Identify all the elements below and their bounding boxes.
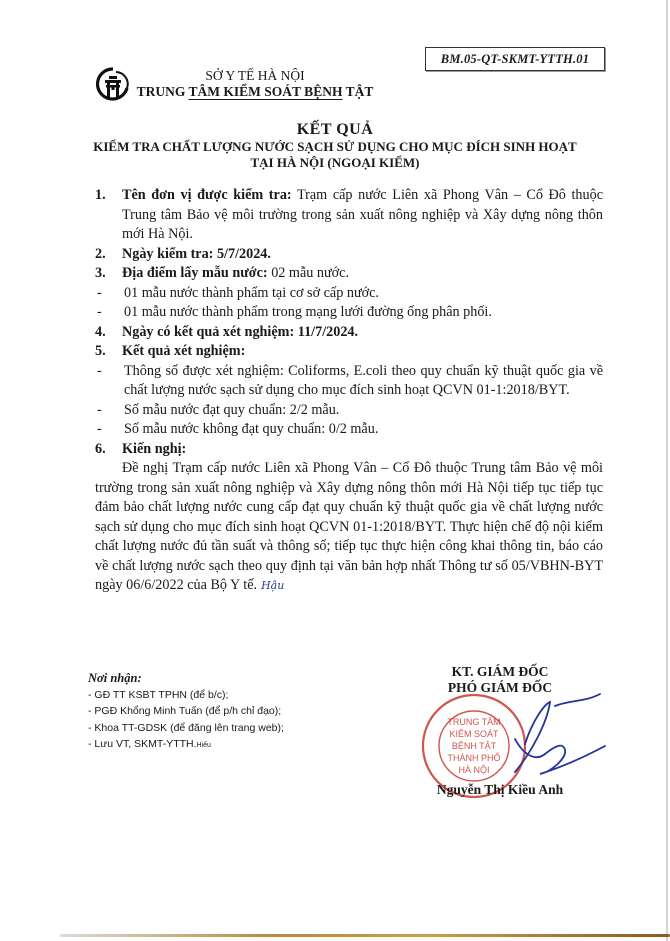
signature-block: KT. GIÁM ĐỐC PHÓ GIÁM ĐỐC Nguyễn Thị Kiề… [400,664,600,696]
document-title: KẾT QUẢ KIỂM TRA CHẤT LƯỢNG NƯỚC SẠCH SỬ… [60,120,610,171]
list-item: -Số mẫu nước đạt quy chuẩn: 2/2 mẫu. [95,401,603,421]
list-item: -01 mẫu nước thành phẩm tại cơ sở cấp nư… [95,284,603,304]
list-item: -Thông số được xét nghiệm: Coliforms, E.… [95,362,603,401]
signer-title-1: KT. GIÁM ĐỐC [400,664,600,680]
section-4: 4. Ngày có kết quả xét nghiệm: 11/7/2024… [95,323,603,343]
section-1: 1. Tên đơn vị được kiểm tra: Trạm cấp nư… [95,186,603,245]
recipient-item: - PGĐ Khổng Minh Tuấn (để p/h chỉ đạo); [88,703,388,720]
section-6: 6. Kiến nghị: [95,440,603,460]
section-2: 2. Ngày kiểm tra: 5/7/2024. [95,245,603,265]
title-line1: KIỂM TRA CHẤT LƯỢNG NƯỚC SẠCH SỬ DỤNG CH… [60,139,610,155]
signer-name: Nguyễn Thị Kiều Anh [400,782,600,798]
signer-title-2: PHÓ GIÁM ĐỐC [400,680,600,696]
recipient-item: - Khoa TT-GDSK (để đăng lên trang web); [88,720,388,737]
page-edge [666,0,668,941]
handwritten-signature [455,684,615,794]
cdc-hanoi-logo-icon [96,66,130,104]
recipients-heading: Nơi nhận: [88,670,388,687]
title-line2: TẠI HÀ NỘI (NGOẠI KIỂM) [60,155,610,171]
title-main: KẾT QUẢ [60,120,610,139]
form-code-box: BM.05-QT-SKMT-YTTH.01 [425,47,605,71]
parent-agency: SỞ Y TẾ HÀ NỘI [135,68,375,84]
recommendation-paragraph: Đề nghị Trạm cấp nước Liên xã Phong Vân … [95,459,603,596]
document-body: 1. Tên đơn vị được kiểm tra: Trạm cấp nư… [95,186,603,596]
scan-shadow [60,934,670,937]
recipient-item: - GĐ TT KSBT TPHN (để b/c); [88,687,388,704]
list-item: -01 mẫu nước thành phẩm trong mạng lưới … [95,303,603,323]
handwritten-initials: Hậu [261,579,284,592]
recipients-block: Nơi nhận: - GĐ TT KSBT TPHN (để b/c); - … [88,670,388,755]
section-3: 3. Địa điểm lấy mẫu nước: 02 mẫu nước. [95,264,603,284]
recipient-item: - Lưu VT, SKMT-YTTH.Hiếu [88,736,388,755]
section-5: 5. Kết quả xét nghiệm: [95,342,603,362]
organization-name: TRUNG TÂM KIỂM SOÁT BỆNH TẬT [135,84,375,100]
list-item: -Số mẫu nước không đạt quy chuẩn: 0/2 mẫ… [95,420,603,440]
agency-header: SỞ Y TẾ HÀ NỘI TRUNG TÂM KIỂM SOÁT BỆNH … [135,68,375,100]
